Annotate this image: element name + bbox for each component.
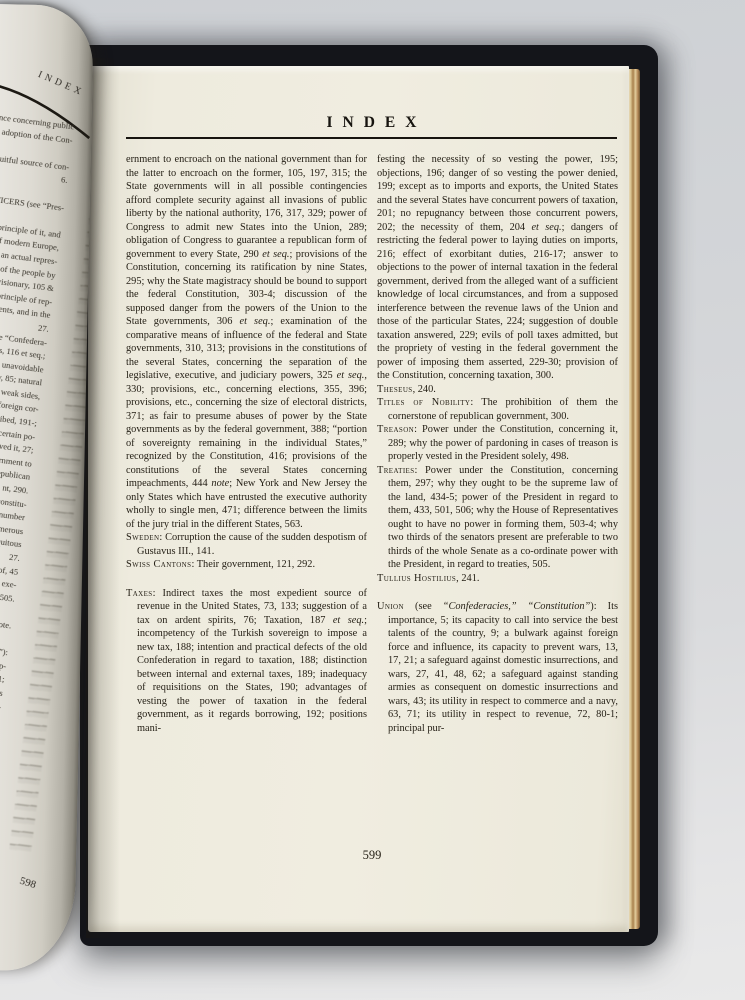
index-headword: Treaties — [377, 465, 415, 476]
index-paragraph: festing the necessity of so vesting the … — [377, 153, 618, 383]
page-number: 599 — [126, 848, 618, 863]
index-text: ; incompetency of the Turkish sovereign … — [137, 615, 367, 734]
index-headword: Union — [377, 601, 404, 612]
index-text: ernment to encroach on the national gove… — [126, 154, 367, 260]
index-text: , 241. — [456, 573, 479, 584]
index-paragraph: Titles of Nobility: The prohibition of t… — [377, 396, 618, 423]
index-headword: Theseus — [377, 384, 413, 395]
index-text: (see — [404, 601, 443, 612]
index-italic-text: note — [211, 478, 229, 489]
index-italic-text: et seq. — [333, 615, 364, 626]
index-headword: Taxes — [126, 588, 153, 599]
index-text: : Corruption the cause of the sudden des… — [137, 532, 367, 557]
index-headword: Treason — [377, 424, 414, 435]
index-paragraph: Tullius Hostilius, 241. — [377, 572, 618, 586]
page-title: INDEX — [126, 114, 617, 132]
index-text: , 330; provisions, etc., concerning elec… — [126, 370, 367, 489]
fragment-text: 27. — [37, 321, 49, 336]
index-text: , 240. — [413, 384, 436, 395]
index-headword: Sweden — [126, 532, 159, 543]
fragment-text: 6. — [60, 174, 68, 188]
index-italic-text: et seq. — [337, 370, 365, 381]
index-italic-text: et seq. — [262, 249, 289, 260]
index-text: ; dangers of restricting the federal pow… — [377, 222, 618, 382]
index-text: : Power under the Constitution, concerni… — [388, 465, 618, 571]
index-columns: ernment to encroach on the national gove… — [126, 153, 618, 735]
index-paragraph: Treaties: Power under the Constitution, … — [377, 464, 618, 572]
left-page-number: 598 — [18, 875, 37, 891]
index-paragraph: ernment to encroach on the national gove… — [126, 153, 367, 531]
fragment-text: 27. — [8, 551, 20, 566]
page-header: INDEX — [126, 114, 617, 139]
index-headword: Swiss Cantons — [126, 559, 191, 570]
gilt-page-edges — [628, 69, 640, 929]
index-paragraph: Theseus, 240. — [377, 383, 618, 397]
fragment-text: 71, 505. — [0, 589, 15, 606]
index-paragraph: Taxes: Indirect taxes the most expedient… — [126, 587, 367, 736]
index-italic-text: et seq. — [240, 316, 271, 327]
index-paragraph: Sweden: Corruption the cause of the sudd… — [126, 531, 367, 558]
index-paragraph: Swiss Cantons: Their government, 121, 29… — [126, 558, 367, 572]
index-page: INDEX ernment to encroach on the nationa… — [88, 66, 629, 932]
index-column-left: ernment to encroach on the national gove… — [126, 153, 367, 735]
index-italic-text: “Confederacies,” “Constitution” — [443, 601, 591, 612]
title-rule — [126, 137, 617, 139]
index-paragraph: Treason: Power under the Constitution, c… — [377, 423, 618, 464]
index-text: ): Its importance, 5; its capacity to ca… — [388, 601, 618, 734]
index-text: : Power under the Constitution, concerni… — [388, 424, 618, 462]
index-text: : Their government, 121, 292. — [191, 559, 315, 570]
index-headword: Tullius Hostilius — [377, 573, 456, 584]
index-headword: Titles of Nobility — [377, 397, 470, 408]
index-italic-text: et seq. — [531, 222, 561, 233]
photo-background: INDEX ernment to encroach on the nationa… — [0, 0, 745, 1000]
index-column-right: festing the necessity of so vesting the … — [377, 153, 618, 735]
index-paragraph: Union (see “Confederacies,” “Constitutio… — [377, 600, 618, 735]
